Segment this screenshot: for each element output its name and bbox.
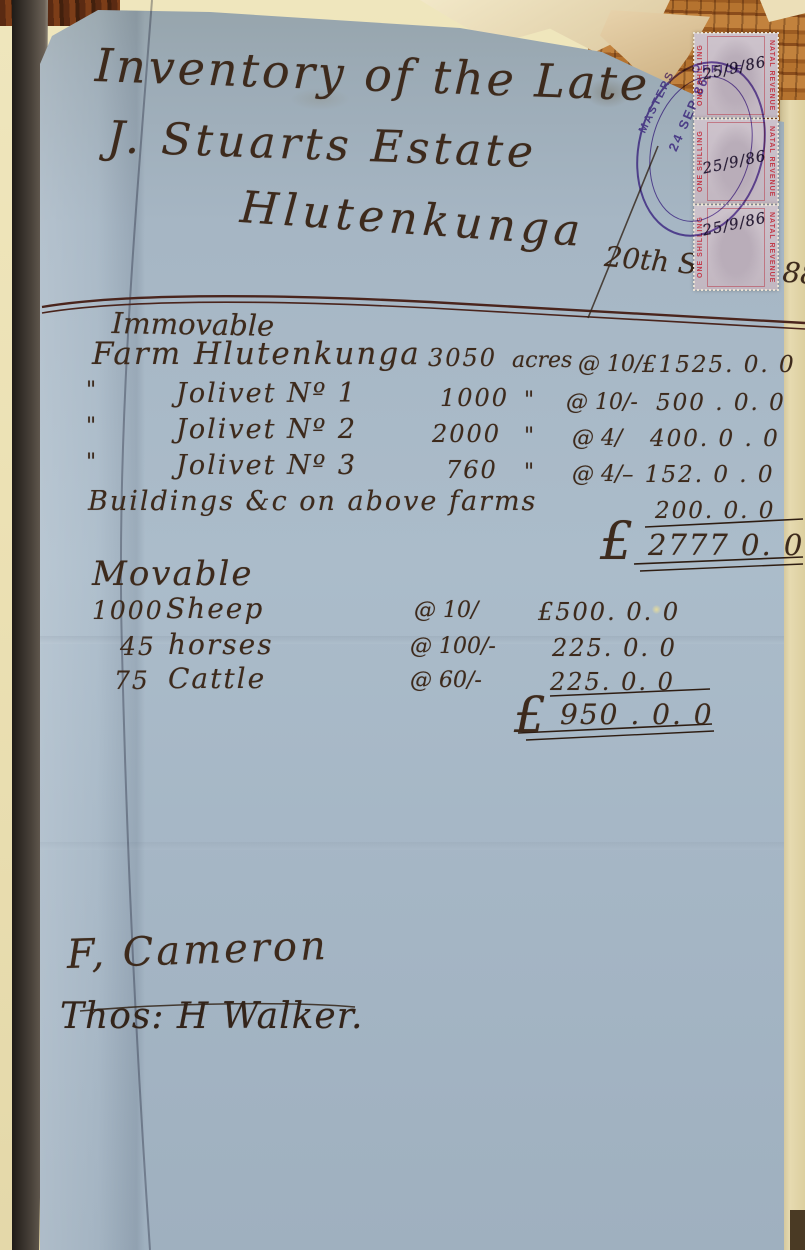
row-qty: 1000	[92, 596, 164, 625]
row-amount: £1525. 0. 0	[642, 352, 796, 378]
row-qty: 45	[120, 632, 156, 661]
row-rate: @ 10/-	[566, 390, 638, 415]
row-amount: – 152. 0 . 0	[622, 462, 775, 488]
row-amount: 500 . 0. 0	[656, 390, 786, 416]
row-rate: @ 100/-	[410, 634, 496, 659]
ditto-mark: "	[86, 414, 96, 439]
revenue-stamp: ONE SHILLING NATAL REVENUE 25/9/86	[694, 205, 778, 290]
row-unit: acres	[512, 348, 572, 373]
section-heading-movable: Movable	[92, 554, 254, 594]
document-photograph: Inventory of the Late J. Stuarts Estate …	[0, 0, 805, 1250]
row-qty: 1000	[440, 384, 509, 412]
row-amount: 225. 0. 0	[552, 634, 677, 662]
row-rate: @ 60/-	[410, 668, 482, 693]
row-item: Jolivet Nº 2	[176, 414, 357, 445]
row-item: Jolivet Nº 3	[176, 450, 357, 481]
row-rate: @ 10/	[578, 352, 642, 377]
row-rate: @ 4/	[572, 462, 622, 487]
left-fold-highlight	[40, 0, 145, 1250]
signature-2: Thos: H Walker.	[60, 996, 363, 1037]
row-amount: 200. 0. 0	[655, 498, 775, 524]
revenue-stamp: ONE SHILLING NATAL REVENUE 25/9/86	[694, 33, 778, 118]
row-unit: "	[524, 460, 534, 485]
row-item: horses	[168, 628, 274, 661]
bottom-right-shadow	[790, 1210, 805, 1250]
row-amount: £500. 0. 0	[538, 598, 680, 626]
row-qty: 75	[114, 666, 150, 695]
row-item: Buildings &c on above farms	[88, 486, 537, 517]
stamp-left-label: ONE SHILLING	[695, 207, 707, 288]
row-rate: @ 4/	[572, 426, 622, 451]
row-item: Cattle	[168, 662, 266, 695]
row-item: Farm Hlutenkunga	[92, 336, 421, 372]
signature-1: F, Cameron	[66, 923, 329, 978]
movable-total: 950 . 0. 0	[560, 698, 714, 731]
row-item: Sheep	[166, 592, 264, 625]
row-qty: 760	[446, 456, 498, 484]
row-qty: 3050	[428, 344, 497, 372]
row-amount: 400. 0 . 0	[650, 426, 780, 452]
total-pound-sign: £	[514, 686, 546, 744]
immovable-total: 2777 0. 0	[648, 528, 804, 562]
row-rate: @ 10/	[414, 598, 478, 623]
row-qty: 2000	[432, 420, 501, 448]
row-unit: "	[524, 388, 534, 413]
total-pound-sign: £	[600, 512, 633, 572]
ditto-mark: "	[86, 378, 96, 403]
row-amount: 225. 0. 0	[550, 668, 675, 696]
paper-crease	[40, 842, 784, 850]
stamp-right-label: NATAL REVENUE	[765, 35, 777, 116]
revenue-stamp: ONE SHILLING NATAL REVENUE 25/9/86	[694, 119, 778, 204]
row-item: Jolivet Nº 1	[176, 378, 357, 409]
row-unit: "	[524, 424, 534, 449]
ditto-mark: "	[86, 450, 96, 475]
